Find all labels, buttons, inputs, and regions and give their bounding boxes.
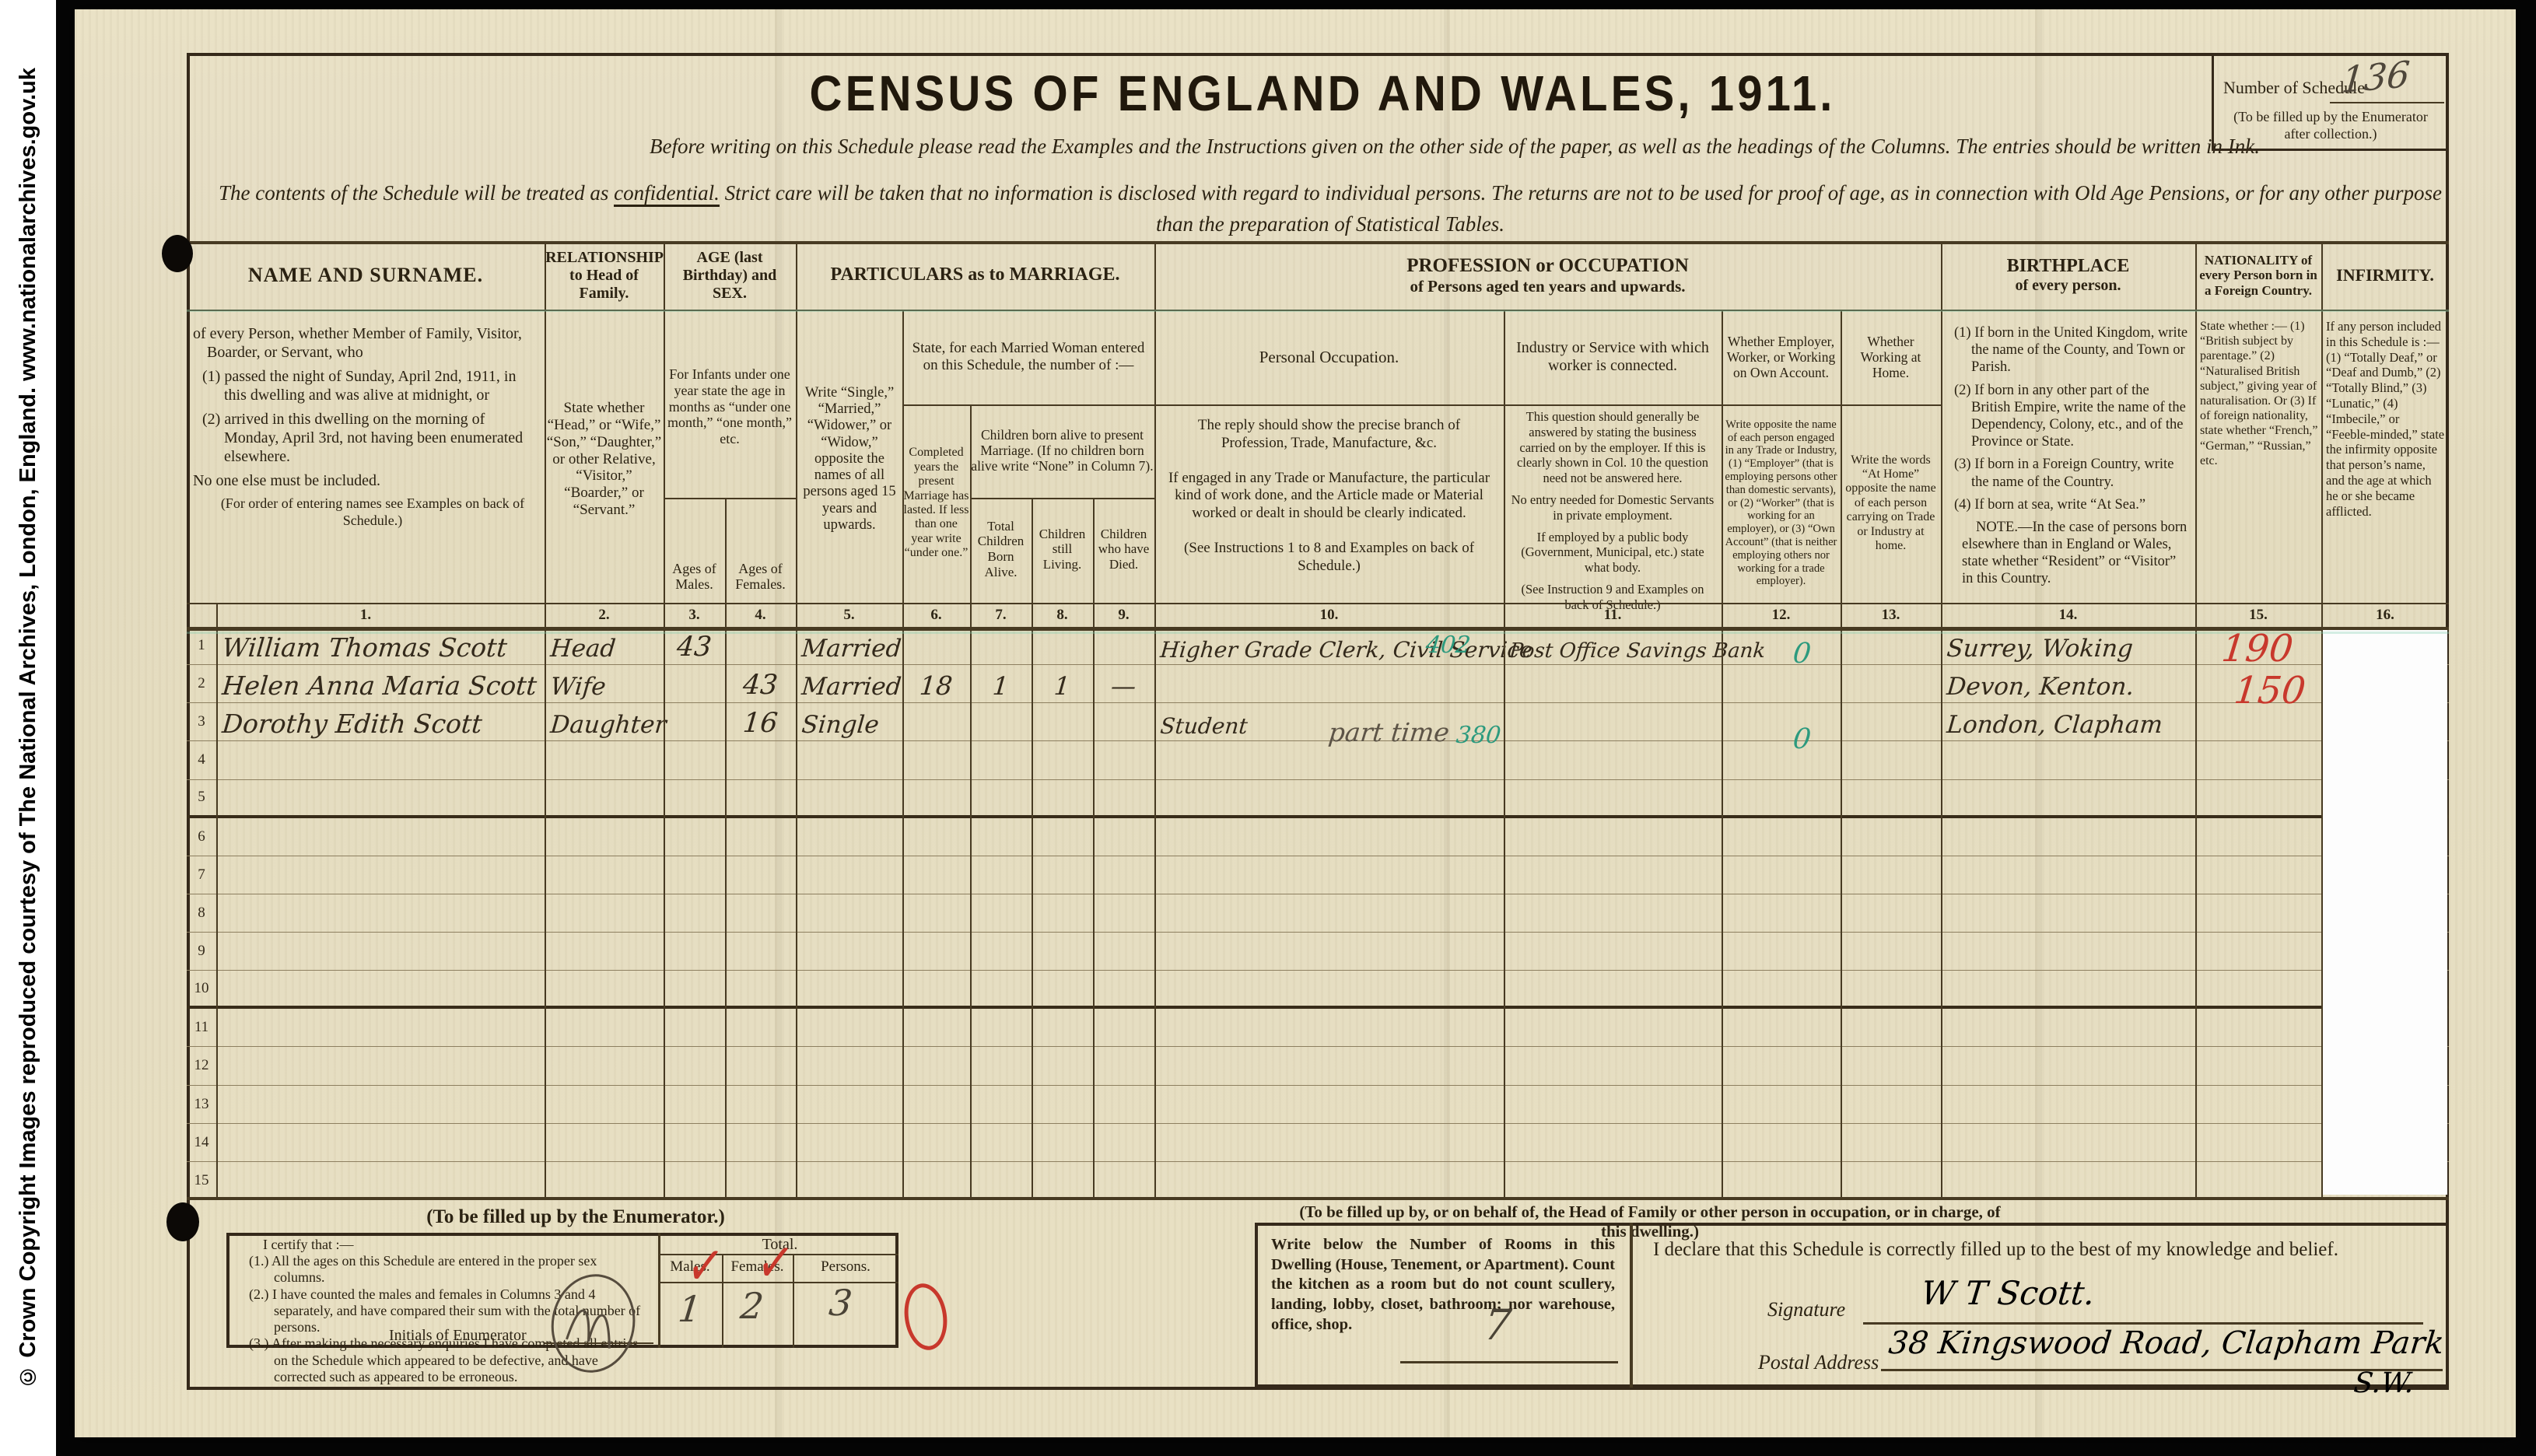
intro-line-1: Before writing on this Schedule please r… xyxy=(467,134,2443,159)
cell-children_living: 1 xyxy=(1030,665,1095,702)
profession-title-2: of Persons aged ten years and upwards. xyxy=(1410,277,1685,296)
table-row: 9 xyxy=(187,933,2449,971)
column-number: 12. xyxy=(1722,603,1841,627)
gridline-h xyxy=(187,627,2449,631)
table-row: 12 xyxy=(187,1047,2449,1085)
hole-punch xyxy=(166,1202,199,1241)
industry-desc-p1: This question should generally be answer… xyxy=(1511,409,1715,486)
occupation-desc-p3: (See Instructions 1 to 8 and Examples on… xyxy=(1164,540,1494,576)
birthplace-desc-p2: (2) If born in any other part of the Bri… xyxy=(1948,382,2189,451)
cell-years_married: 18 xyxy=(901,665,972,702)
birthplace-desc-p4: (4) If born at sea, write “At Sea.” xyxy=(1948,496,2189,513)
occupation-desc-p2: If engaged in any Trade or Manufacture, … xyxy=(1164,470,1494,523)
gridline-v xyxy=(725,498,727,1200)
relationship-description: State whether “Head,” or “Wife,” “Son,” … xyxy=(546,316,662,603)
intro-line-2: The contents of the Schedule will be tre… xyxy=(210,180,2450,205)
copyright-text: © Crown Copyright Images reproduced cour… xyxy=(16,68,41,1389)
children-born-alive-header: Total Children Born Alive. xyxy=(971,498,1031,600)
declaration-text: I declare that this Schedule is correctl… xyxy=(1653,1238,2439,1262)
schedule-number-value: 136 xyxy=(2340,53,2412,101)
scan-artifact xyxy=(187,310,2449,312)
cell-relationship: Daughter xyxy=(543,703,665,740)
table-row: 15 xyxy=(187,1162,2449,1200)
gridline-v xyxy=(2195,241,2197,1200)
row-number: 11 xyxy=(187,1009,216,1046)
gridline-v xyxy=(1941,241,1942,1200)
postal-address-value: 38 Kingswood Road, Clapham Park xyxy=(1887,1325,2446,1361)
occupation-desc-p1: The reply should show the precise branch… xyxy=(1164,417,1494,453)
name-column-description: of every Person, whether Member of Famil… xyxy=(193,319,538,599)
occupation-note-row3: part time xyxy=(1327,717,1451,747)
birthplace-desc-p1: (1) If born in the United Kingdom, write… xyxy=(1948,324,2189,376)
form-title: CENSUS OF ENGLAND AND WALES, 1911. xyxy=(688,68,1957,121)
intro-line-3: than the preparation of Statistical Tabl… xyxy=(210,212,2450,236)
birthplace-desc-p3: (3) If born in a Foreign Country, write … xyxy=(1948,456,2189,490)
children-died-header: Children who have Died. xyxy=(1094,498,1154,600)
postal-address-label: Postal Address xyxy=(1758,1350,1879,1374)
married-woman-header: State, for each Married Woman entered on… xyxy=(903,313,1154,401)
gridline-v xyxy=(1154,241,1156,1200)
column-number: 4. xyxy=(725,603,796,627)
gridline-h xyxy=(1154,404,1941,406)
table-row: 6 xyxy=(187,818,2449,856)
rooms-line xyxy=(1400,1361,1618,1363)
redaction-patch xyxy=(2323,630,2447,1195)
table-row: 4 xyxy=(187,741,2449,779)
schedule-number-line xyxy=(2330,102,2444,103)
birthplace-desc-p5: NOTE.—In the case of persons born elsewh… xyxy=(1948,519,2189,588)
cell-age_f: 43 xyxy=(723,665,797,702)
col-group-age: AGE (last Birthday) and SEX. xyxy=(665,241,794,310)
schedule-note-line1: (To be filled up by the Enumerator xyxy=(2215,109,2446,126)
gridline-h xyxy=(970,498,1154,499)
industry-header: Industry or Service with which worker is… xyxy=(1505,313,1720,401)
years-married-header: Completed years the present Marriage has… xyxy=(903,406,969,600)
industry-description: This question should generally be answer… xyxy=(1511,408,1715,600)
totals-divider xyxy=(658,1233,660,1348)
table-row: 3Dorothy Edith ScottDaughter16SingleStud… xyxy=(187,703,2449,741)
table-row: 5 xyxy=(187,780,2449,818)
gridline-v xyxy=(1032,498,1033,1200)
cell-relationship: Wife xyxy=(543,665,665,702)
col-group-marriage: PARTICULARS as to MARRIAGE. xyxy=(797,241,1153,310)
table-row: 8 xyxy=(187,894,2449,933)
gridline-h xyxy=(187,1197,2449,1200)
column-number: 9. xyxy=(1093,603,1154,627)
gridline-v xyxy=(664,241,665,1200)
row-number: 5 xyxy=(187,780,216,815)
cell-birthplace: London, Clapham xyxy=(1939,703,2197,740)
row-number: 8 xyxy=(187,894,216,932)
confidential-post: Strict care will be taken that no inform… xyxy=(720,181,2442,205)
col-group-profession: PROFESSION or OCCUPATION of Persons aged… xyxy=(1156,241,1939,310)
gridline-v xyxy=(1841,310,1842,1200)
column-number: 6. xyxy=(902,603,970,627)
cell-children_born: 1 xyxy=(969,665,1033,702)
column-number: 2. xyxy=(545,603,664,627)
birthplace-description: (1) If born in the United Kingdom, write… xyxy=(1948,319,2189,599)
occupation-code-row1: 402 xyxy=(1424,632,1472,659)
column-number: 3. xyxy=(664,603,725,627)
cell-name: Helen Anna Maria Scott xyxy=(215,665,546,702)
column-number: 16. xyxy=(2321,603,2449,627)
cell-age_f: 16 xyxy=(723,703,797,740)
row-number: 10 xyxy=(187,971,216,1006)
row-number: 7 xyxy=(187,856,216,894)
infirmity-description: If any person included in this Schedule … xyxy=(2326,319,2446,599)
name-desc-p1: of every Person, whether Member of Famil… xyxy=(193,324,538,362)
col-group-infirmity: INFIRMITY. xyxy=(2323,241,2447,310)
col-group-relationship: RELATIONSHIP to Head of Family. xyxy=(546,241,662,310)
birthplace-code-row1: 190 xyxy=(2219,627,2296,670)
ages-of-males-header: Ages of Males. xyxy=(664,499,725,600)
gridline-v xyxy=(970,404,972,1200)
col-group-birthplace: BIRTHPLACE of every person. xyxy=(1942,241,2194,310)
row-number: 12 xyxy=(187,1047,216,1084)
employer-worker-description: Write opposite the name of each person e… xyxy=(1725,406,1837,600)
birthplace-title-2: of every person. xyxy=(2015,277,2121,295)
enumerator-heading: (To be filled up by the Enumerator.) xyxy=(264,1206,887,1229)
row-number: 13 xyxy=(187,1086,216,1123)
column-number: 11. xyxy=(1504,603,1722,627)
census-schedule-scan: © Crown Copyright Images reproduced cour… xyxy=(0,0,2536,1456)
table-row: 11 xyxy=(187,1009,2449,1047)
name-desc-p5: (For order of entering names see Example… xyxy=(193,495,538,529)
hole-punch xyxy=(162,235,193,272)
gridline-h xyxy=(902,404,1154,406)
industry-desc-p2: No entry needed for Domestic Servants in… xyxy=(1511,492,1715,523)
signature-label: Signature xyxy=(1767,1297,1845,1321)
certify-intro: I certify that :— xyxy=(243,1237,650,1253)
row-number: 2 xyxy=(187,665,216,702)
employment-mark-row3: 0 xyxy=(1792,723,1813,755)
employer-worker-header: Whether Employer, Worker, or Working on … xyxy=(1723,313,1839,401)
name-desc-p2: (1) passed the night of Sunday, April 2n… xyxy=(193,367,538,404)
gridline-v xyxy=(902,310,904,1200)
cell-name: Dorothy Edith Scott xyxy=(215,703,546,740)
gridline-v xyxy=(1722,310,1723,1200)
profession-title-1: PROFESSION or OCCUPATION xyxy=(1406,255,1689,278)
gridline-h xyxy=(664,498,796,499)
rooms-declaration-divider xyxy=(1630,1223,1633,1388)
column-number: 15. xyxy=(2195,603,2321,627)
females-persons-divider xyxy=(793,1254,794,1348)
signature-value: W T Scott. xyxy=(1919,1274,2096,1312)
scan-artifact xyxy=(187,632,2449,634)
gridline-v xyxy=(1504,310,1505,1200)
column-number: 7. xyxy=(970,603,1032,627)
table-row: 2Helen Anna Maria ScottWife43Married1811… xyxy=(187,665,2449,703)
row-number: 15 xyxy=(187,1162,216,1200)
col-group-nationality: NATIONALITY of every Person born in a Fo… xyxy=(2197,241,2320,310)
gridline-v xyxy=(796,241,797,1200)
birthplace-title-1: BIRTHPLACE xyxy=(2007,256,2130,278)
cell-marriage: Married xyxy=(794,665,904,702)
signature-line xyxy=(1863,1322,2423,1325)
enumerator-initials-scribble xyxy=(535,1262,654,1391)
personal-occupation-header: Personal Occupation. xyxy=(1156,313,1502,401)
birthplace-code-row2: 150 xyxy=(2232,669,2308,712)
column-number: 5. xyxy=(796,603,902,627)
marital-status-instructions: Write “Single,” “Married,” “Widower,” or… xyxy=(798,316,901,603)
occupation-code-row3: 380 xyxy=(1455,722,1502,749)
table-row: 14 xyxy=(187,1124,2449,1162)
row-number: 6 xyxy=(187,818,216,856)
col-group-name: NAME AND SURNAME. xyxy=(187,241,545,310)
rooms-instructions: Write below the Number of Rooms in this … xyxy=(1271,1235,1615,1335)
cell-marriage: Single xyxy=(794,703,904,740)
working-at-home-description: Write the words “At Home” opposite the n… xyxy=(1844,406,1938,600)
working-at-home-header: Whether Working at Home. xyxy=(1842,313,1939,401)
row-number: 4 xyxy=(187,741,216,779)
column-number: 8. xyxy=(1032,603,1093,627)
schedule-note-line2: after collection.) xyxy=(2215,126,2446,143)
gridline-h xyxy=(187,241,2449,244)
row-number: 3 xyxy=(187,703,216,740)
cell-birthplace: Devon, Kenton. xyxy=(1939,665,2197,702)
postal-suffix: S.W. xyxy=(2352,1367,2415,1399)
row-number: 14 xyxy=(187,1124,216,1161)
column-number: 14. xyxy=(1941,603,2195,627)
table-row: 13 xyxy=(187,1086,2449,1124)
initials-label: Initials of Enumerator xyxy=(389,1326,527,1345)
copyright-strip: © Crown Copyright Images reproduced cour… xyxy=(0,0,56,1456)
personal-occupation-description: The reply should show the precise branch… xyxy=(1164,414,1494,600)
children-still-living-header: Children still Living. xyxy=(1032,498,1092,600)
column-number: 13. xyxy=(1841,603,1941,627)
children-born-group-header: Children born alive to present Marriage.… xyxy=(971,406,1154,495)
name-desc-p4: No one else must be included. xyxy=(193,471,538,490)
confidential-word: confidential. xyxy=(614,181,720,207)
gridline-v xyxy=(1093,498,1095,1200)
name-desc-p3: (2) arrived in this dwelling on the morn… xyxy=(193,410,538,466)
row-number: 9 xyxy=(187,933,216,970)
table-row: 7 xyxy=(187,856,2449,894)
table-row: 10 xyxy=(187,971,2449,1009)
schedule-number-note: (To be filled up by the Enumerator after… xyxy=(2215,109,2446,142)
gridline-h xyxy=(187,603,2449,604)
employment-mark-row1: 0 xyxy=(1792,638,1813,670)
persons-total-value: 3 xyxy=(827,1282,854,1324)
column-number: 10. xyxy=(1154,603,1504,627)
rooms-value: 7 xyxy=(1482,1300,1514,1349)
ages-of-females-header: Ages of Females. xyxy=(725,499,796,600)
gridline-v xyxy=(216,603,218,1200)
age-infants-note: For Infants under one year state the age… xyxy=(664,316,796,498)
nationality-description: State whether :— (1) “British subject by… xyxy=(2200,319,2318,599)
confidential-pre: The contents of the Schedule will be tre… xyxy=(219,181,614,205)
cell-children_died: — xyxy=(1091,665,1156,702)
column-number: 1. xyxy=(187,603,545,627)
gridline-v xyxy=(545,241,546,1200)
persons-label: Persons. xyxy=(793,1258,898,1276)
industry-desc-p3: If employed by a public body (Government… xyxy=(1511,530,1715,576)
schedule-table: NAME AND SURNAME. RELATIONSHIP to Head o… xyxy=(187,241,2449,1200)
